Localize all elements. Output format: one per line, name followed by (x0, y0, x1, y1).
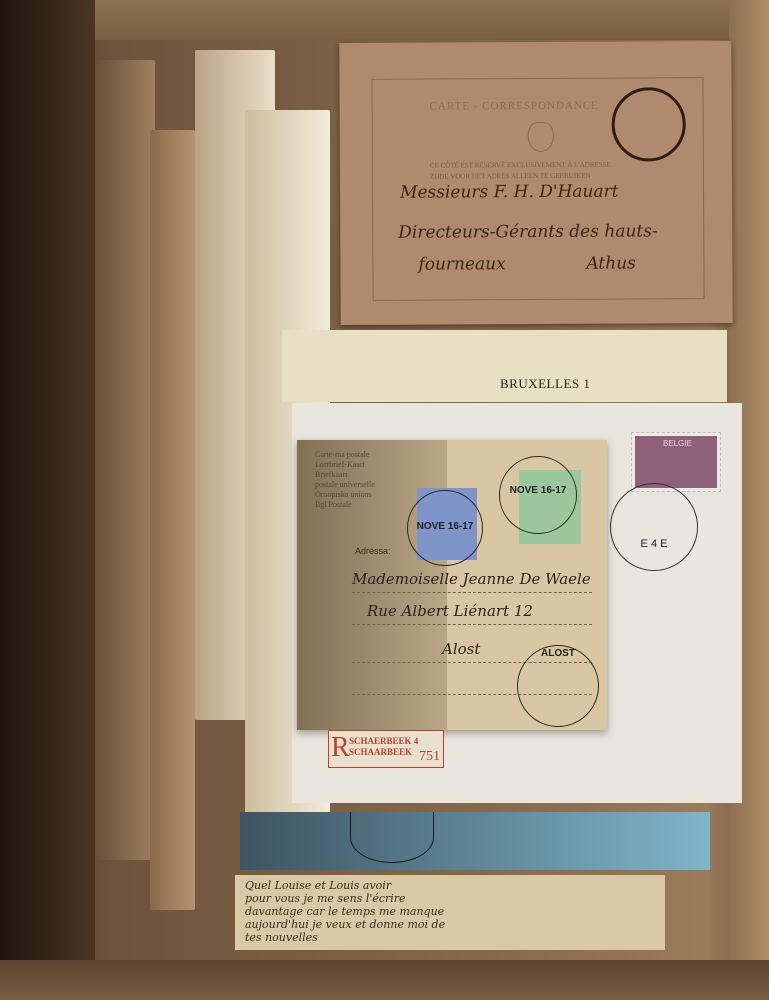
cancel-date: NOVE 16-17 (500, 485, 576, 496)
stamp-country: BELGIE (663, 439, 692, 448)
handwritten-address-line: Mademoiselle Jeanne De Waele (352, 570, 591, 588)
blue-stamp-cancel: NOVE 16-17 (407, 490, 483, 566)
message-line: davantage car le temps me manque (245, 905, 545, 918)
handwritten-card: Quel Louise et Louis avoir pour vous je … (235, 875, 665, 950)
message-line: tes nouvelles (245, 931, 545, 944)
handwritten-address-line: Athus (586, 253, 636, 273)
blue-envelope (240, 812, 710, 870)
legend-line: Briefkaart (315, 470, 375, 480)
green-stamp-cancel: NOVE 16-17 (499, 456, 577, 534)
instruction-line: ZIJDE VOOR HET ADRES ALLEEN TE GEBRUIKEN (430, 170, 680, 182)
correspondence-card: CARTE - CORRESPONDANCE CE CÔTÉ EST RÉSER… (339, 41, 732, 325)
box-wall-left (0, 0, 95, 1000)
registration-office-nl: SCHAARBEEK (349, 747, 412, 757)
card-instructions: CE CÔTÉ EST RÉSERVÉ EXCLUSIVEMENT À L'AD… (430, 159, 680, 182)
handwritten-address-line: fourneaux (418, 254, 505, 274)
box-bottom (0, 960, 769, 1000)
arrival-postmark: ALOST (517, 645, 599, 727)
paper-sheet (95, 60, 155, 860)
cancel-date: NOVE 16-17 (408, 521, 482, 532)
coat-of-arms-icon (528, 122, 554, 152)
postcard-legend: Carte-ma postale Lorrbrief-Kaart Briefka… (315, 450, 375, 510)
postcard: Carte-ma postale Lorrbrief-Kaart Briefka… (297, 440, 607, 730)
handwritten-message: Quel Louise et Louis avoir pour vous je … (245, 879, 545, 944)
card-title: CARTE - CORRESPONDANCE (430, 100, 599, 113)
message-line: Quel Louise et Louis avoir (245, 879, 545, 892)
envelope-print: BRUXELLES 1 (500, 376, 590, 392)
handwritten-address-line: Rue Albert Liénart 12 (367, 602, 533, 620)
handwritten-address-line: Alost (442, 640, 480, 658)
box-top-flap (95, 0, 735, 40)
address-label: Adressa: (355, 546, 391, 556)
bruxelles-envelope: BRUXELLES 1 (282, 330, 727, 402)
registration-office: SCHAERBEEK 4 (349, 736, 418, 746)
postmark-code: E 4 E (611, 538, 697, 550)
legend-line: Carte-ma postale (315, 450, 375, 460)
address-line-rule (352, 592, 592, 593)
purple-stamp: BELGIE (632, 433, 720, 491)
address-line-rule (352, 624, 592, 625)
legend-line: postale universelle (315, 480, 375, 490)
registration-label: R SCHAERBEEK 4 SCHAARBEEK 751 (328, 730, 444, 768)
legend-line: Oroopiska unions (315, 490, 375, 500)
handwritten-address-line: Messieurs F. H. D'Hauart (400, 182, 619, 203)
postmark-town: ALOST (518, 648, 598, 659)
postmark-circle (612, 87, 686, 161)
message-line: aujourd'hui je veux et donne moi de (245, 918, 545, 931)
handwritten-address-line: Directeurs-Gérants des hauts- (398, 221, 658, 242)
paper-sheet (150, 130, 195, 910)
photo-scene: CARTE - CORRESPONDANCE CE CÔTÉ EST RÉSER… (0, 0, 769, 1000)
bruxelles-postmark (350, 812, 434, 863)
message-line: pour vous je me sens l'écrire (245, 892, 545, 905)
legend-line: Lorrbrief-Kaart (315, 460, 375, 470)
schaerbeek-postmark: E 4 E (610, 483, 698, 571)
legend-line: Bgl Postale (315, 500, 375, 510)
registration-letter: R (331, 732, 350, 764)
registration-number: 751 (419, 749, 440, 765)
